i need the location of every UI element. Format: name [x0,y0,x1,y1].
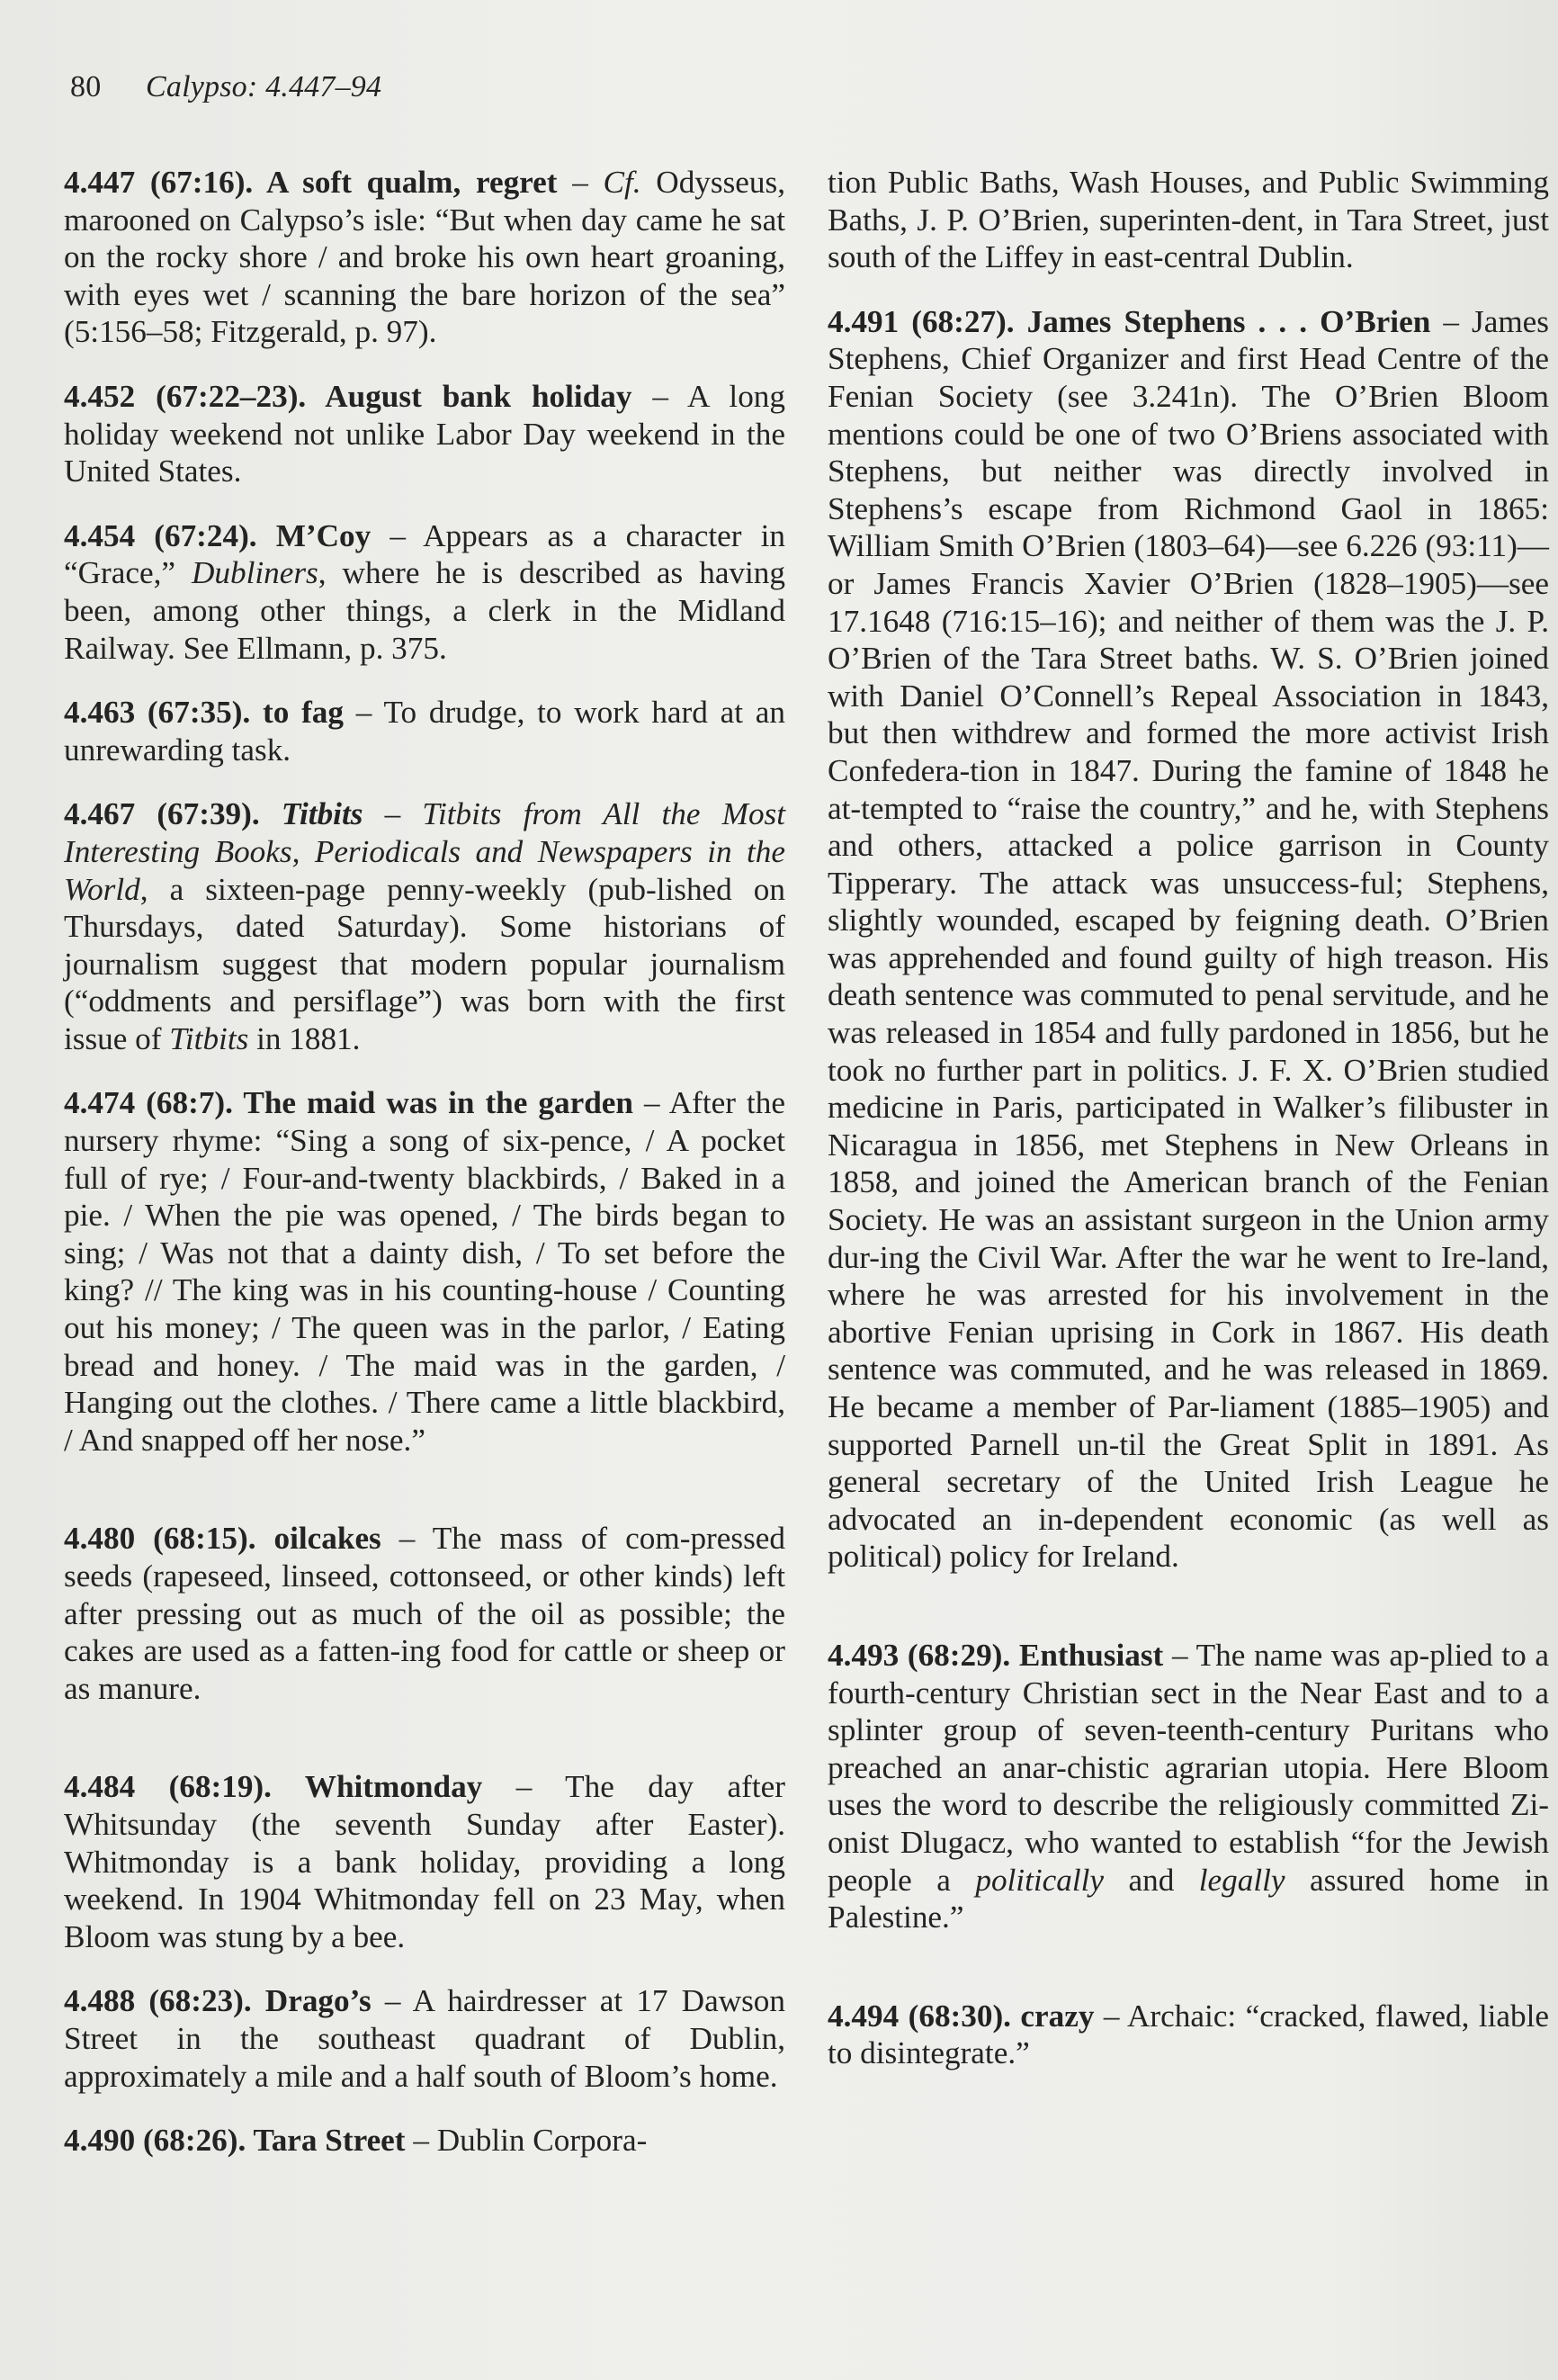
annotation-entry: 4.474 (68:7). The maid was in the garden… [64,1084,785,1459]
entry-text: – Dublin Corpora- [406,2123,648,2158]
entry-lemma: 4.491 (68:27). James Stephens . . . O’Br… [828,304,1430,339]
entry-lemma: 4.467 (67:39). [64,796,282,831]
entry-lemma: 4.447 (67:16). A soft qualm, regret [64,165,557,200]
annotation-entry: 4.494 (68:30). crazy – Archaic: “cracked… [828,1998,1549,2072]
book-page: 80Calypso: 4.447–94 4.447 (67:16). A sof… [0,0,1558,2380]
entry-lemma: 4.490 (68:26). Tara Street [64,2123,406,2158]
annotation-entry: 4.484 (68:19). Whitmonday – The day afte… [64,1768,785,1955]
entry-lemma: 4.493 (68:29). Enthusiast [828,1638,1163,1673]
entry-lemma: 4.474 (68:7). The maid was in the garden [64,1085,633,1120]
entry-lemma: 4.488 (68:23). Drago’s [64,1983,372,2018]
annotation-entry: 4.447 (67:16). A soft qualm, regret – Cf… [64,164,785,351]
entry-lemma: 4.480 (68:15). oilcakes [64,1521,381,1556]
entry-text: tion Public Baths, Wash Houses, and Publ… [828,165,1549,274]
entry-text: politically [975,1863,1104,1898]
entry-text: Titbits [169,1021,248,1056]
entry-text: Titbits [282,796,363,831]
entry-text: and [1104,1863,1199,1898]
annotation-entry: tion Public Baths, Wash Houses, and Publ… [828,164,1549,276]
entry-lemma: 4.484 (68:19). Whitmonday [64,1769,482,1804]
entry-text: – After the nursery rhyme: “Sing a song … [64,1085,785,1457]
annotation-entry: 4.454 (67:24). M’Coy – Appears as a char… [64,517,785,667]
running-title: Calypso: 4.447–94 [146,70,381,103]
entry-text: Dubliners [192,555,318,590]
entry-lemma: 4.454 (67:24). M’Coy [64,518,371,553]
left-column: 4.447 (67:16). A soft qualm, regret – Cf… [64,164,785,2187]
annotation-entry: 4.491 (68:27). James Stephens . . . O’Br… [828,303,1549,1576]
annotation-entry: 4.488 (68:23). Drago’s – A hairdresser a… [64,1982,785,2095]
entry-text: – [557,165,603,200]
annotation-entry: 4.493 (68:29). Enthusiast – The name was… [828,1637,1549,1936]
right-column: tion Public Baths, Wash Houses, and Publ… [828,164,1549,2099]
entry-text: Cf. [604,165,641,200]
running-head: 80Calypso: 4.447–94 [70,70,381,104]
page-number: 80 [70,70,146,104]
entry-text: – James Stephens, Chief Organizer and fi… [828,304,1549,1575]
entry-text: – [363,796,422,831]
entry-text: legally [1199,1863,1285,1898]
entry-lemma: 4.494 (68:30). crazy [828,1998,1094,2034]
entry-lemma: 4.452 (67:22–23). August bank holiday [64,379,631,414]
annotation-entry: 4.452 (67:22–23). August bank holiday – … [64,378,785,490]
annotation-entry: 4.490 (68:26). Tara Street – Dublin Corp… [64,2122,785,2160]
annotation-entry: 4.463 (67:35). to fag – To drudge, to wo… [64,694,785,768]
annotation-entry: 4.467 (67:39). Titbits – Titbits from Al… [64,795,785,1057]
annotation-entry: 4.480 (68:15). oilcakes – The mass of co… [64,1520,785,1707]
entry-text: in 1881. [248,1021,360,1056]
entry-text: – The name was ap-plied to a fourth-cent… [828,1638,1549,1898]
entry-lemma: 4.463 (67:35). to fag [64,695,344,730]
